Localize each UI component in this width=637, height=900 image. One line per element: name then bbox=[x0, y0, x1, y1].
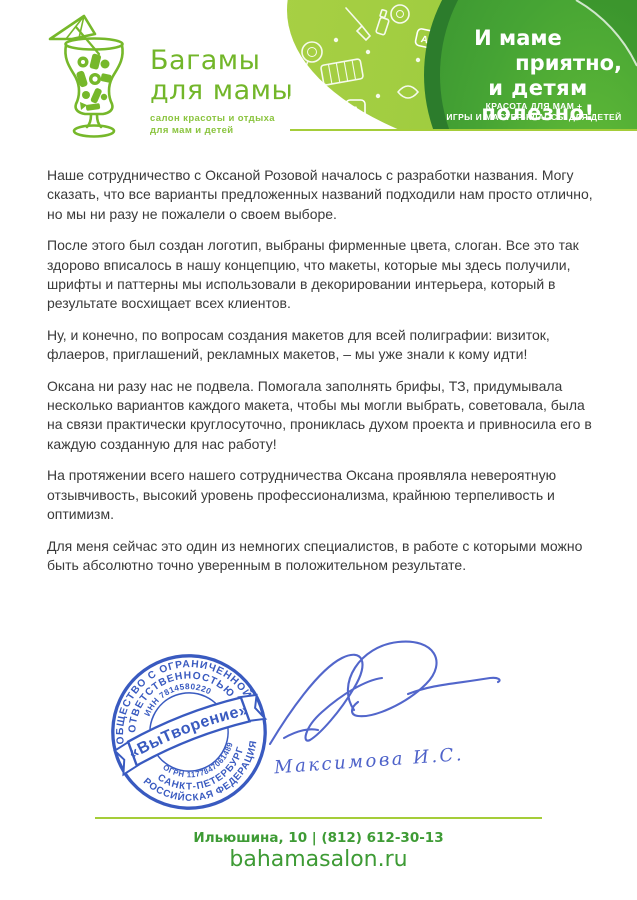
signature-flourish bbox=[270, 642, 500, 744]
paragraph-3: Ну, и конечно, по вопросам создания маке… bbox=[47, 326, 599, 365]
slogan-line1: И маме bbox=[448, 26, 628, 51]
company-stamp: ОБЩЕСТВО С ОГРАНИЧЕННОЙ ОТВЕТСТВЕННОСТЬЮ… bbox=[103, 648, 275, 816]
umbrella-icon bbox=[50, 16, 95, 39]
caption-line1: КРАСОТА ДЛЯ МАМ + bbox=[436, 101, 632, 112]
letter-body: Наше сотрудничество с Оксаной Розовой на… bbox=[47, 166, 599, 587]
banner-caption: КРАСОТА ДЛЯ МАМ + ИГРЫ И МАСТЕР-КЛАССЫ Д… bbox=[436, 101, 632, 123]
banner-bottom-rule bbox=[290, 129, 637, 131]
slogan-line2: приятно, bbox=[448, 51, 628, 76]
handwritten-signature: Максимова И.С. bbox=[258, 622, 558, 782]
signature-name: Максимова И.С. bbox=[272, 744, 464, 778]
letter-page: Багамы для мамы салон красоты и отдыха д… bbox=[0, 0, 637, 900]
footer-website: bahamasalon.ru bbox=[0, 847, 637, 872]
paragraph-1: Наше сотрудничество с Оксаной Розовой на… bbox=[47, 166, 599, 224]
paragraph-5: На протяжении всего нашего сотрудничеств… bbox=[47, 466, 599, 524]
paragraph-4: Оксана ни разу нас не подвела. Помогала … bbox=[47, 377, 599, 455]
cocktail-glass-icon bbox=[42, 12, 147, 140]
beauty-items-doodles bbox=[76, 53, 112, 111]
paragraph-6: Для меня сейчас это один из немногих спе… bbox=[47, 537, 599, 576]
paragraph-2: После этого был создан логотип, выбраны … bbox=[47, 236, 599, 314]
promo-banner: A A И маме приятно, и детям полезно! КРА… bbox=[250, 0, 637, 129]
footer-rule bbox=[95, 817, 542, 819]
svg-text:Максимова И.С.: Максимова И.С. bbox=[272, 744, 464, 778]
footer-address-phone: Ильюшина, 10 | (812) 612-30-13 bbox=[0, 830, 637, 846]
caption-line2: ИГРЫ И МАСТЕР-КЛАССЫ ДЛЯ ДЕТЕЙ bbox=[436, 112, 632, 123]
